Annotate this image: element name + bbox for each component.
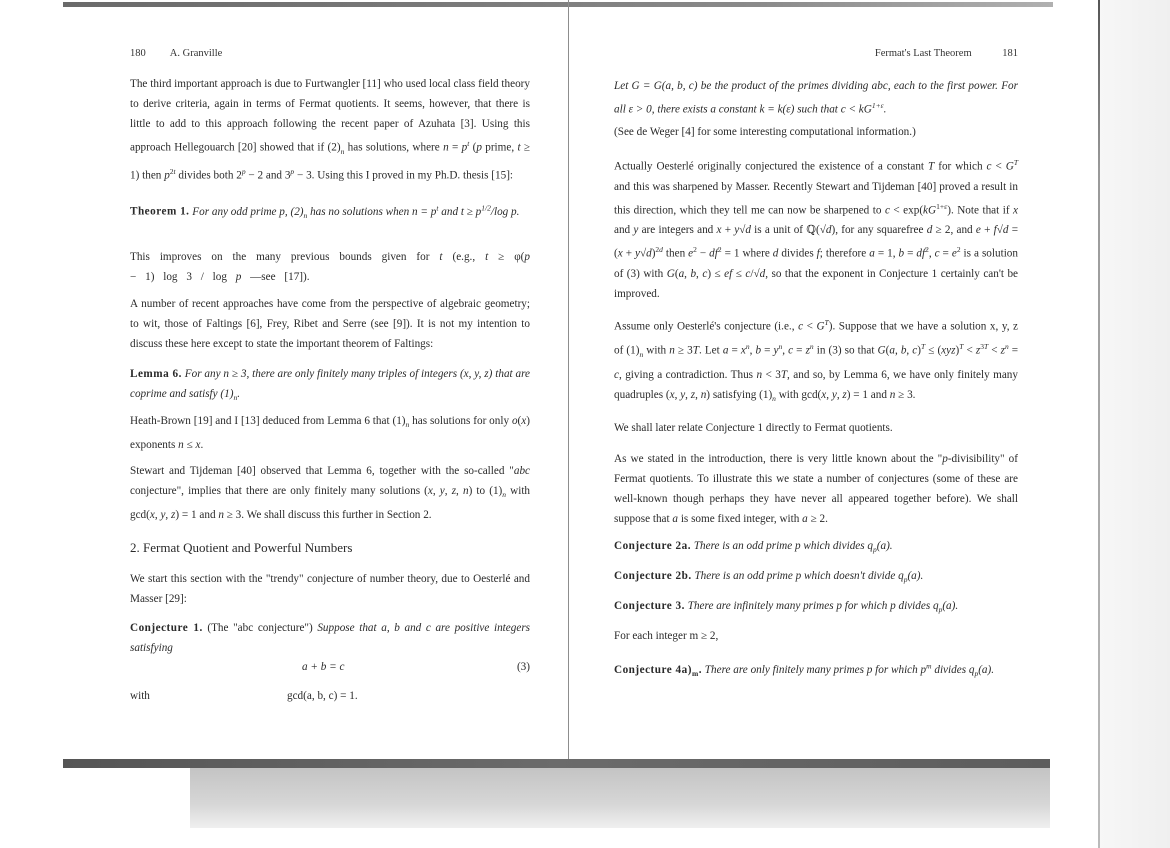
paragraph-assume-oesterle: Assume only Oesterlé's conjecture (i.e.,… <box>614 313 1018 409</box>
paragraph-furtwangler: The third important approach is due to F… <box>130 74 530 186</box>
conjecture-label: Conjecture 1. <box>130 622 203 634</box>
book-gutter <box>568 0 569 760</box>
equation-number: (3) <box>517 661 530 673</box>
author-name: A. Granville <box>170 48 223 59</box>
conjecture-3: Conjecture 3. There are infinitely many … <box>614 596 1018 620</box>
conjecture-label: Conjecture 4a)m. <box>614 664 702 676</box>
running-head-right: Fermat's Last Theorem 181 <box>875 48 1018 59</box>
theorem-1: Theorem 1. For any odd prime p, (2)n has… <box>130 198 530 226</box>
paragraph-p-divisibility: As we stated in the introduction, there … <box>614 449 1018 529</box>
scan-margin-right <box>1100 0 1170 848</box>
conjecture-1-continued: Let G = G(a, b, c) be the product of the… <box>614 76 1018 120</box>
conjecture-label: Conjecture 3. <box>614 600 685 612</box>
paragraph-algebraic-geometry: A number of recent approaches have come … <box>130 294 530 354</box>
lemma-6: Lemma 6. For any n ≥ 3, there are only f… <box>130 364 530 408</box>
theorem-label: Theorem 1. <box>130 206 189 218</box>
page-number: 181 <box>1002 48 1018 59</box>
scan-blur-bottom <box>190 768 1050 828</box>
conjecture-label: Conjecture 2b. <box>614 570 692 582</box>
paragraph-stewart-tijdeman: Stewart and Tijdeman [40] observed that … <box>130 461 530 525</box>
paragraph-each-integer: For each integer m ≥ 2, <box>614 626 1018 646</box>
lemma-label: Lemma 6. <box>130 368 182 380</box>
with-word: with <box>130 690 150 702</box>
conjecture-2a: Conjecture 2a. There is an odd prime p w… <box>614 536 1018 560</box>
conjecture-4a: Conjecture 4a)m. There are only finitely… <box>614 656 1018 684</box>
scan-shadow-top <box>63 2 1053 7</box>
paragraph-bounds: This improves on the many previous bound… <box>130 247 530 287</box>
equation-3: a + b = c <box>302 661 344 673</box>
paragraph-oesterle: Actually Oesterlé originally conjectured… <box>614 153 1018 304</box>
conjecture-2b: Conjecture 2b. There is an odd prime p w… <box>614 566 1018 590</box>
paragraph-de-weger: (See de Weger [4] for some interesting c… <box>614 122 1018 142</box>
gcd-condition: gcd(a, b, c) = 1. <box>287 690 358 702</box>
conjecture-aside: (The "abc conjecture") <box>207 622 312 634</box>
page-number: 180 <box>130 48 146 59</box>
page-edge-right <box>1098 0 1100 848</box>
conjecture-1: Conjecture 1. (The "abc conjecture") Sup… <box>130 618 530 658</box>
paragraph-later-relate: We shall later relate Conjecture 1 direc… <box>614 418 1018 438</box>
scan-shadow-bottom <box>63 759 1050 768</box>
paragraph-heath-brown: Heath-Brown [19] and I [13] deduced from… <box>130 411 530 455</box>
chapter-title: Fermat's Last Theorem <box>875 48 972 59</box>
conjecture-label: Conjecture 2a. <box>614 540 691 552</box>
section-heading: 2. Fermat Quotient and Powerful Numbers <box>130 540 352 556</box>
paragraph-trendy: We start this section with the "trendy" … <box>130 569 530 609</box>
running-head-left: 180 A. Granville <box>130 48 222 59</box>
